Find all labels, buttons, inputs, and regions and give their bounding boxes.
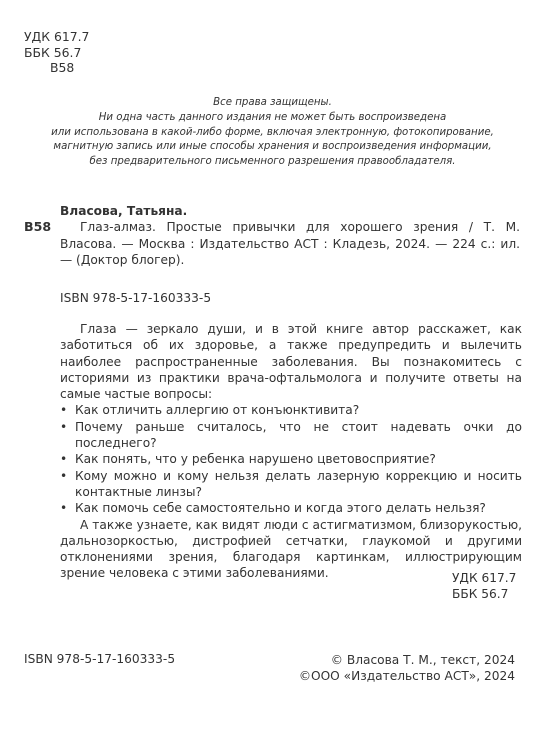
author-heading: Власова, Татьяна. (60, 203, 524, 219)
question-item: Как отличить аллергию от конъюнктивита? (60, 402, 522, 418)
rights-line: Ни одна часть данного издания не может б… (30, 111, 515, 126)
udk-code: УДК 617.7 (24, 29, 89, 45)
question-item: Как помочь себе самостоятельно и когда э… (60, 500, 522, 516)
footer-isbn: ISBN 978-5-17-160333-5 (24, 652, 175, 666)
copyright-publisher: ©ООО «Издательство АСТ», 2024 (299, 668, 515, 684)
book-description: Глаз-алмаз. Простые привычки для хорошег… (60, 219, 520, 268)
author-mark: В58 (24, 219, 60, 268)
copyright-block: © Власова Т. М., текст, 2024 ©ООО «Издат… (299, 652, 515, 685)
rights-line: магнитную запись или иные способы хранен… (30, 140, 515, 155)
bibliographic-record: Власова, Татьяна. В58 Глаз-алмаз. Просты… (24, 203, 524, 269)
rights-line: или использована в какой-либо форме, вкл… (30, 126, 515, 141)
bbk-code: ББК 56.7 (452, 586, 516, 602)
questions-list: Как отличить аллергию от конъюнктивита? … (60, 402, 522, 516)
question-item: Кому можно и кому нельзя делать лазерную… (60, 468, 522, 501)
bbk-code: ББК 56.7 (24, 45, 89, 61)
header-classification-codes: УДК 617.7 ББК 56.7 В58 (24, 29, 89, 76)
rights-line: Все права защищены. (30, 96, 515, 111)
isbn: ISBN 978-5-17-160333-5 (60, 291, 211, 305)
annotation: Глаза — зеркало души, и в этой книге авт… (60, 321, 522, 582)
author-mark: В58 (24, 60, 89, 76)
question-item: Почему раньше считалось, что не стоит на… (60, 419, 522, 452)
rights-notice: Все права защищены. Ни одна часть данног… (30, 96, 515, 170)
classification-codes-right: УДК 617.7 ББК 56.7 (452, 570, 516, 603)
question-item: Как понять, что у ребенка нарушено цвето… (60, 451, 522, 467)
rights-line: без предварительного письменного разреше… (30, 155, 515, 170)
udk-code: УДК 617.7 (452, 570, 516, 586)
annotation-intro: Глаза — зеркало души, и в этой книге авт… (60, 321, 522, 402)
copyright-author: © Власова Т. М., текст, 2024 (299, 652, 515, 668)
